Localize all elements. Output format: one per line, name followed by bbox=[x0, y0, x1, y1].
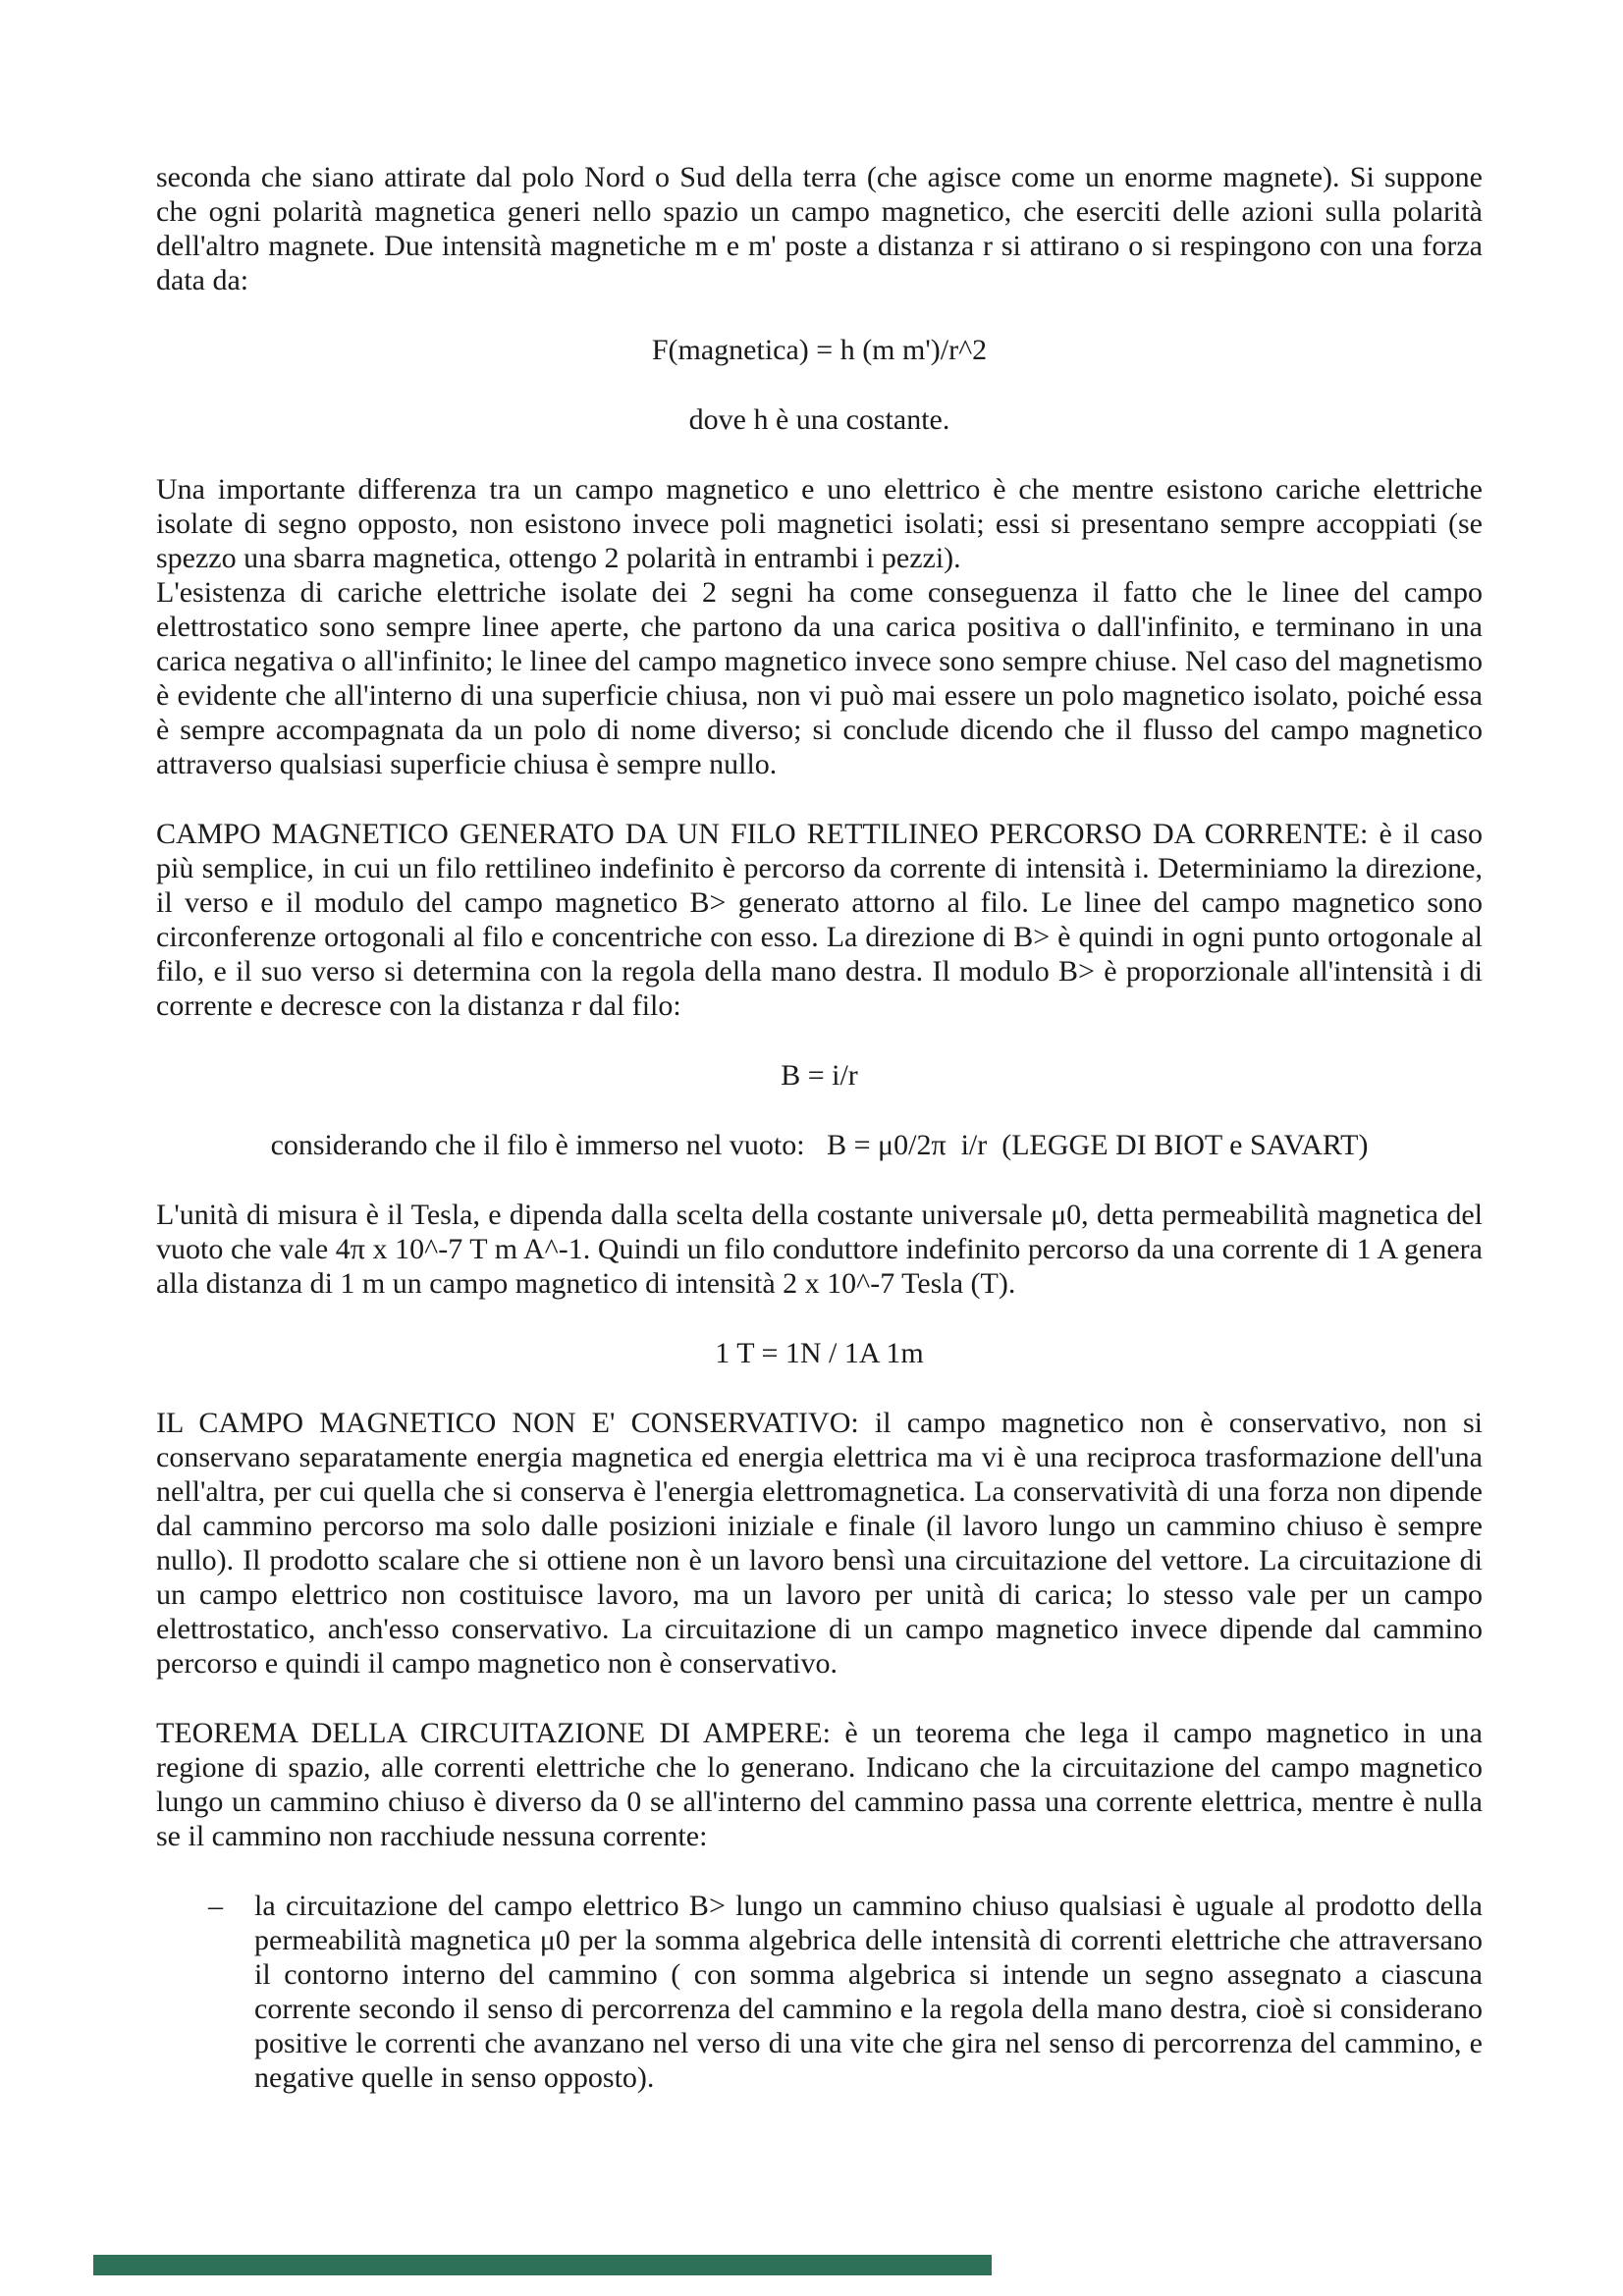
formula-legge-biot-savart: considerando che il filo è immerso nel v… bbox=[156, 1128, 1483, 1162]
paragraph-campo-magnetico-filo-rettilineo: CAMPO MAGNETICO GENERATO DA UN FILO RETT… bbox=[156, 817, 1483, 1023]
formula-tesla-definition: 1 T = 1N / 1A 1m bbox=[156, 1336, 1483, 1370]
bullet-dash: – bbox=[208, 1889, 223, 1923]
formula-magnetic-force: F(magnetica) = h (m m')/r^2 bbox=[156, 333, 1483, 367]
formula-caption-constant: dove h è una costante. bbox=[156, 402, 1483, 437]
paragraph-campo-non-conservativo: IL CAMPO MAGNETICO NON E' CONSERVATIVO: … bbox=[156, 1406, 1483, 1681]
paragraph-field-lines: L'esistenza di cariche elettriche isolat… bbox=[156, 575, 1483, 781]
paragraph-magnetic-vs-electric: Una importante differenza tra un campo m… bbox=[156, 472, 1483, 575]
document-page: seconda che siano attirate dal polo Nord… bbox=[0, 0, 1623, 2296]
list-item-circuitazione: – la circuitazione del campo elettrico B… bbox=[156, 1889, 1483, 2095]
formula-b-equals-i-over-r: B = i/r bbox=[156, 1058, 1483, 1093]
footer-accent-bar bbox=[93, 2255, 992, 2275]
bullet-text: la circuitazione del campo elettrico B> … bbox=[254, 1889, 1483, 2095]
paragraph-tesla-unit: L'unità di misura è il Tesla, e dipenda … bbox=[156, 1198, 1483, 1301]
paragraph-teorema-ampere: TEOREMA DELLA CIRCUITAZIONE DI AMPERE: è… bbox=[156, 1716, 1483, 1853]
text-column: seconda che siano attirate dal polo Nord… bbox=[156, 160, 1483, 2095]
paragraph-magnetic-poles-force: seconda che siano attirate dal polo Nord… bbox=[156, 160, 1483, 297]
